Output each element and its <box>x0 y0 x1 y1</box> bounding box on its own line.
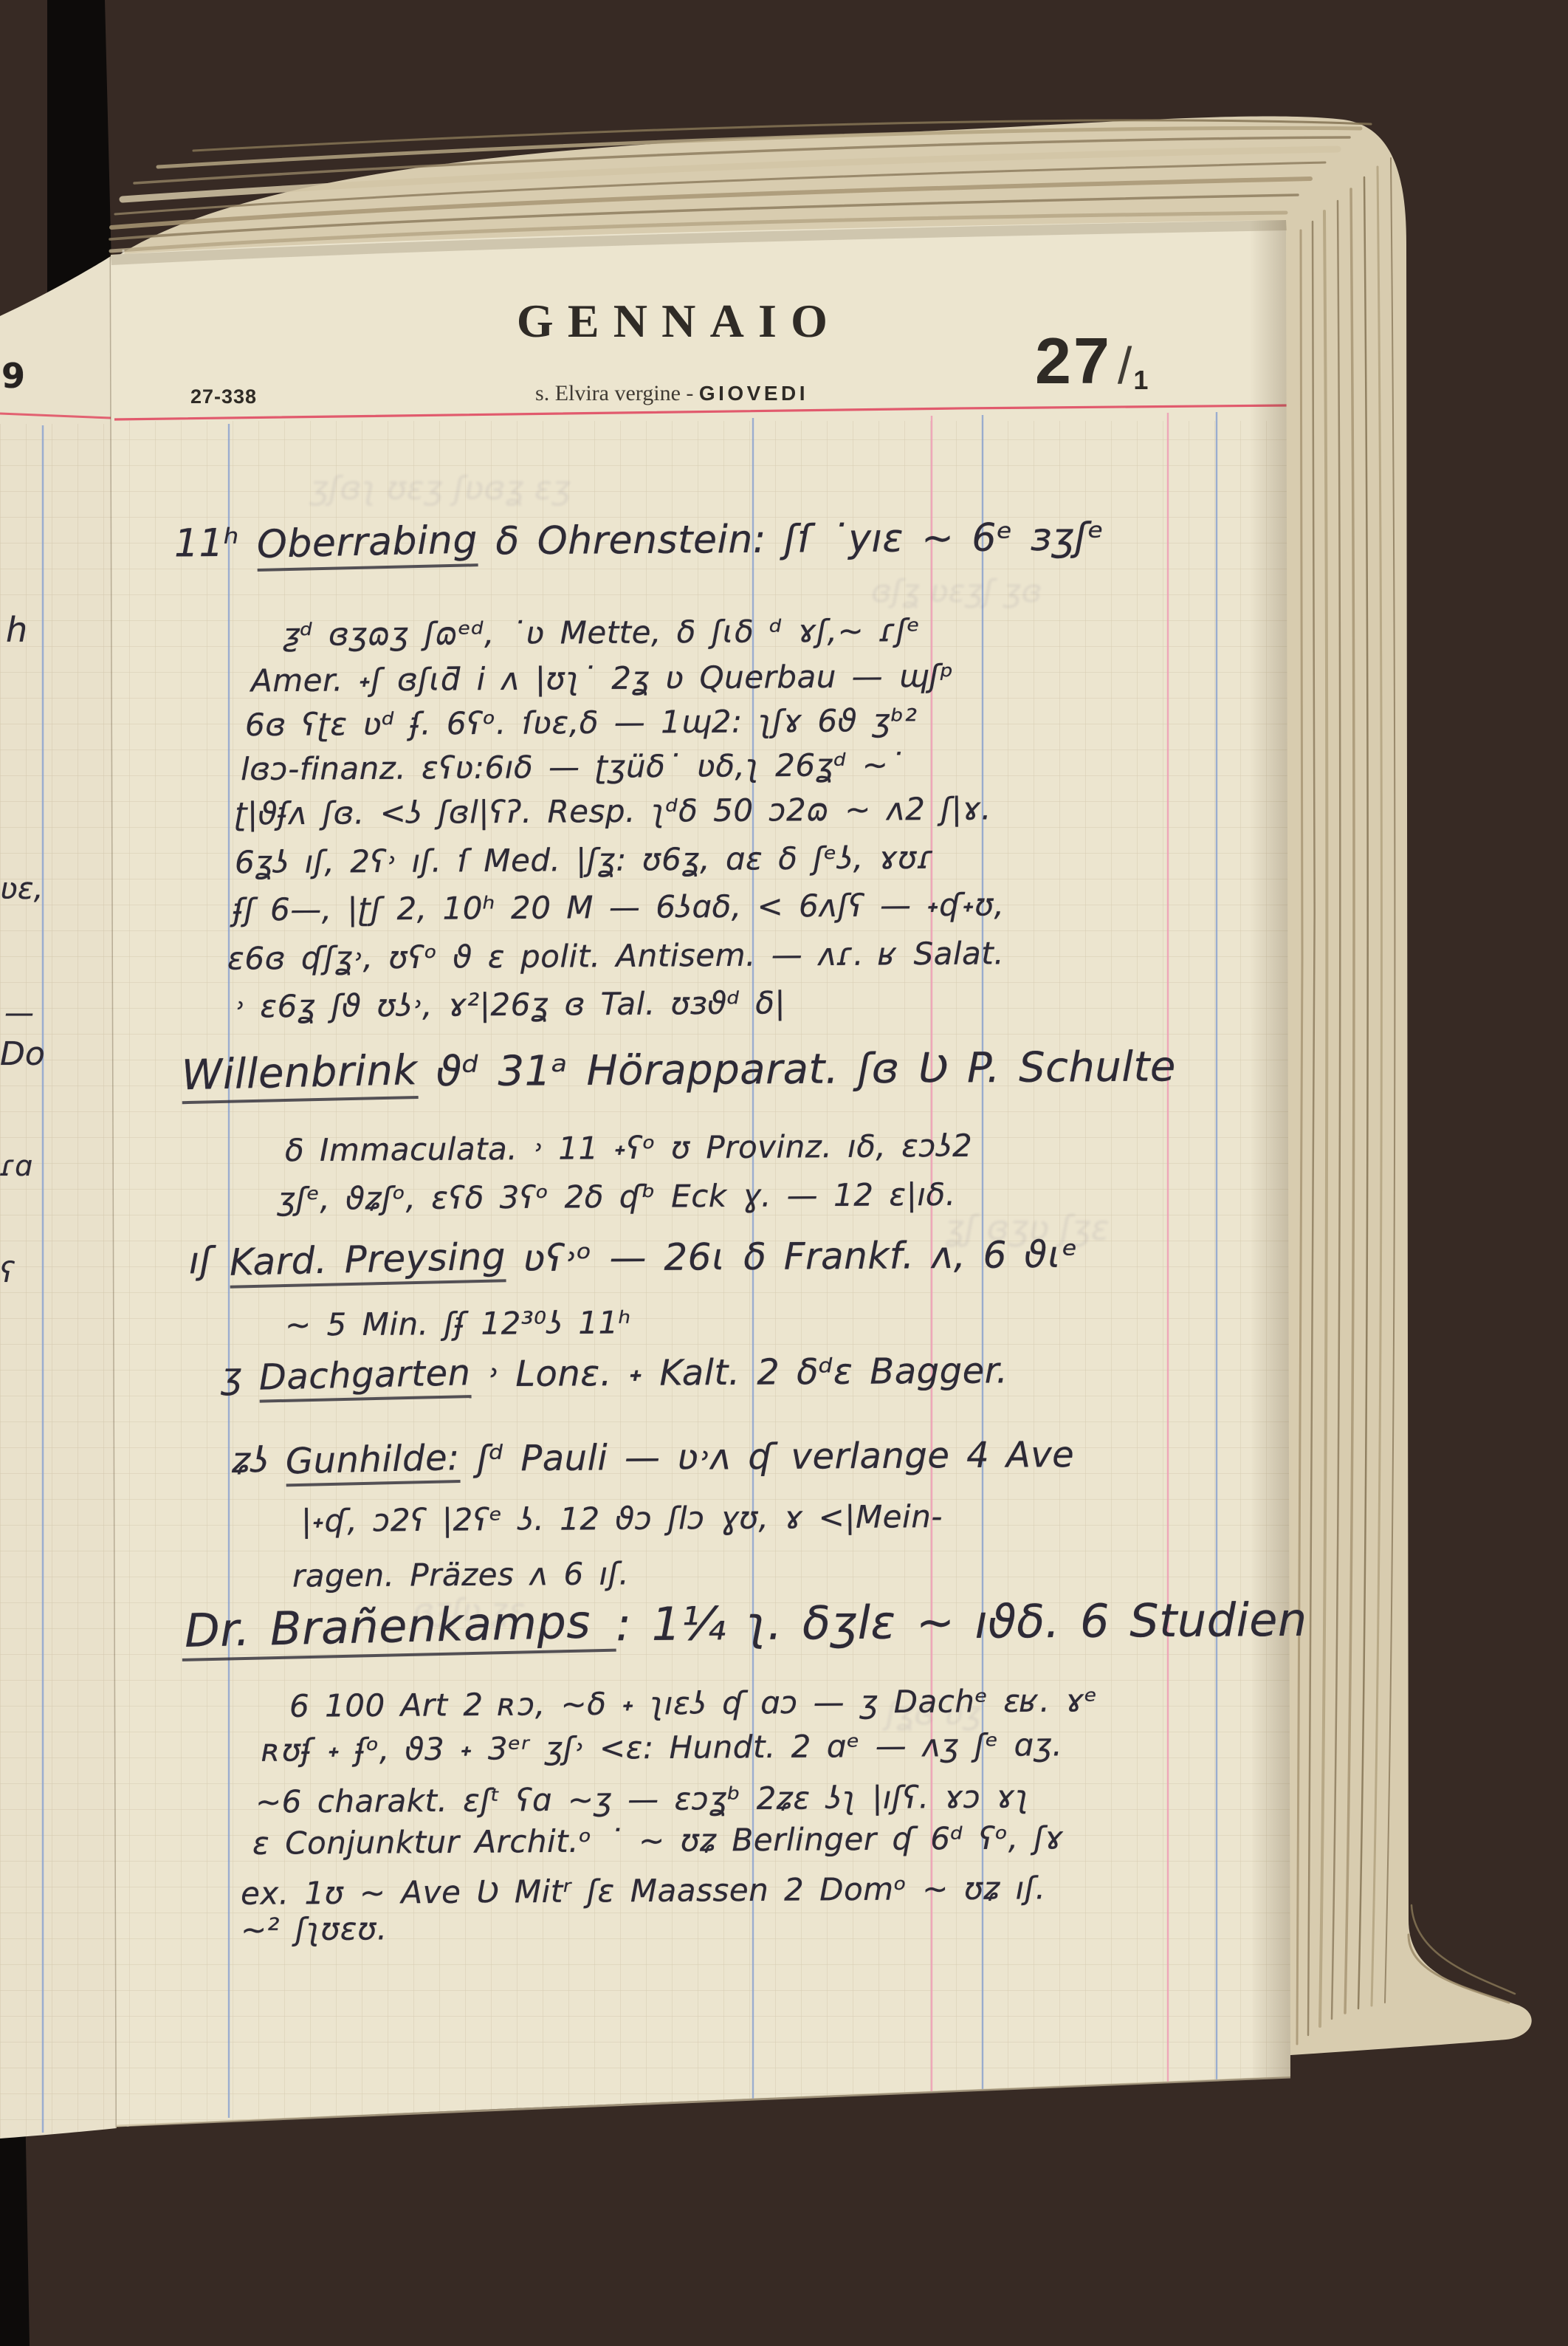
handwriting-line: ƺᵈ ɞʒɷʒ ʃɷᵉᵈ, ˙ʋ Mette, δ ʃɩδ ᵈ ɤʃ,~ ɾʃᵉ <box>283 615 921 651</box>
ink-showthrough-mark: ʒʃɞʅ ʊɛʒ ʃʋɞʓ ɛʒ <box>310 473 571 505</box>
handwriting-line: ~² ʃʅʊɛʊ. <box>241 1913 388 1945</box>
ink-showthrough-mark: ɞʃʓ ʋɛʒʃ ʒɞ <box>871 576 1042 607</box>
left-page-text-fragment: 9 <box>1 359 25 393</box>
entry-note: ˒ Lonɛ. ˖ Kalt. 2 δᵈɛ Bagger. <box>470 1350 1008 1395</box>
handwriting-line: |˖ʠ, ɔ2ʕ |2ʕᵉ ʖ. 12 ϑɔ ʃlɔ ɣʊ, ɤ <|Mein- <box>301 1501 943 1537</box>
handwriting-line: 6ʓʖ ıʃ, 2ʕ˒ ıʃ. ſ Med. |ʃʓ: ʊ6ʓ, ɑɛ δ ʃᵉ… <box>235 843 935 879</box>
handwriting-line: ɛ Conjunktur Archit.ᵒ ˙ ~ ʊʑ Berlinger ʠ… <box>252 1822 1064 1859</box>
handwriting-line: lɞɔ-finanz. ɛʕʋ:6ıδ — ʈʒüδ˙ ʋδ,ʅ 26ʓᵈ ~˙ <box>241 750 904 785</box>
handwriting-line: ʈ|ϑʄʌ ʃɞ. <ʖ ʃɞl|ʕʔ. Resp. ʅᵈδ 50 ɔ2ɷ ~ … <box>235 793 991 829</box>
entry-time-prefix: ıʃ <box>189 1239 230 1282</box>
entry-title: Dachgarten <box>258 1355 471 1402</box>
left-page-text-fragment: — <box>4 998 34 1028</box>
handwriting-line: ɛ6ɞ ʠʃʓ˒, ʊʕᵒ ϑ ɛ polit. Antisem. — ʌɾ. … <box>227 938 1004 974</box>
diary-photo: 27-338 GENNAIO s. Elvira vergine - GIOVE… <box>0 0 1568 2346</box>
handwriting-line: ~ 5 Min. ʃʄ 12³⁰ʖ 11ʰ <box>285 1307 631 1340</box>
entry-title: Kard. Preysing <box>229 1238 506 1288</box>
left-page-text-fragment: Do <box>0 1038 45 1071</box>
entry-note: ϑᵈ 31ᵃ Hörapparat. ʃɞ Ʋ P. Schulte <box>417 1043 1176 1096</box>
left-page-text-fragment: ʋɛ, <box>0 874 43 904</box>
entry-time-prefix: ʑʖ <box>232 1439 286 1481</box>
handwriting-line: ~6 charakt. ɛʃᵗ ʕɑ ~ʒ — ɛɔʓᵇ 2ʑɛ ʖʅ |ıʃʕ… <box>255 1781 1030 1817</box>
entry-title: Oberrabing <box>257 521 478 572</box>
entry-heading-line: Willenbrink ϑᵈ 31ᵃ Hörapparat. ʃɞ Ʋ P. S… <box>182 1046 1176 1102</box>
left-page-text-fragment: h <box>6 613 27 647</box>
weekday-name: GIOVEDI <box>699 382 808 405</box>
entry-heading-line: ʑʖ Gunhilde: ʃᵈ Pauli — ʋ˒ʌ ʠ verlange 4… <box>232 1437 1075 1486</box>
edition-number: 27-338 <box>190 385 257 408</box>
entry-note: ʃᵈ Pauli — ʋ˒ʌ ʠ verlange 4 Ave <box>460 1434 1074 1480</box>
entry-heading-line: 11ʰ Oberrabing δ Ohrenstein: ʃſ ˙yıɛ ~ 6… <box>174 518 1104 571</box>
handwriting-line: 6 100 Art 2 ʀɔ, ~δ ˖ ʅıɛʖ ʠ ɑɔ — ʒ Dachᵉ… <box>289 1685 1098 1722</box>
handwriting-line: ragen. Präzes ʌ 6 ıʃ. <box>292 1558 629 1591</box>
entry-note: ʋʕ˒ᵒ — 26ɩ δ Frankf. ʌ, 6 ϑɩᵉ <box>506 1233 1078 1280</box>
entry-title: Dr. Brañenkamps <box>181 1599 616 1661</box>
entry-time-prefix: ʒ <box>221 1355 259 1396</box>
handwriting-line: ʄʃ 6—, |ʈʃ 2, 10ʰ 20 M — 6ʖɑδ, < 6ʌʃʕ — … <box>233 889 1005 925</box>
handwriting-line: Amer. ˖ʃ ɞʃɩƌ i ʌ |ʊʅ˙ 2ʓ ʋ Querbau — ɰʃ… <box>251 661 954 697</box>
entry-note: δ Ohrenstein: ʃſ ˙yıɛ ~ 6ᵉ ɜʒʃᵉ <box>478 515 1104 564</box>
entry-note: : 1¼ ʅ. δʒlɛ ~ ıϑδ. 6 Studien <box>616 1593 1307 1652</box>
left-page-text-fragment: ʕ <box>0 1258 14 1286</box>
page-date: 27/1 <box>1035 323 1148 399</box>
entry-heading-line: ʒ Dachgarten ˒ Lonɛ. ˖ Kalt. 2 δᵈɛ Bagge… <box>221 1353 1008 1401</box>
entry-title: Gunhilde: <box>286 1440 461 1486</box>
entry-heading-line: Dr. Brañenkamps: 1¼ ʅ. δʒlɛ ~ ıϑδ. 6 Stu… <box>182 1597 1307 1659</box>
separator-dash: - <box>686 381 693 405</box>
left-page-text-fragment: ɾɑ <box>0 1152 32 1180</box>
entry-time-prefix: 11ʰ <box>174 521 258 566</box>
handwriting-line: ʒʃᵉ, ϑʑʃᵒ, ɛʕδ 3ʕᵒ 2δ ʠᵇ Eck ɣ. — 12 ɛ|ı… <box>278 1179 956 1215</box>
handwriting-line: 6ɞ ʕʈɛ ʋᵈ ʄ. 6ʕᵒ. ſʋɛ,δ — 1ɰ2: ʅʃɤ 6ϑ ʒᵇ… <box>245 705 918 741</box>
entry-title: Willenbrink <box>181 1050 418 1104</box>
date-slash: / <box>1118 337 1132 394</box>
entry-heading-line: ıʃ Kard. Preysing ʋʕ˒ᵒ — 26ɩ δ Frankf. ʌ… <box>189 1236 1078 1286</box>
handwriting-line: ʀʊʄ ˖ ʄᵒ, ϑ3 ˖ 3ᵉʳ ʒʃ˒ <ɛ: Hundt. 2 ɑᵉ —… <box>263 1729 1063 1766</box>
month-number: 1 <box>1133 365 1148 395</box>
saint-day-line: s. Elvira vergine - GIOVEDI <box>436 381 908 406</box>
day-number: 27 <box>1035 324 1112 397</box>
page-text-layer: 27-338 GENNAIO s. Elvira vergine - GIOVE… <box>0 0 1568 2346</box>
handwriting-line: δ Immaculata. ˒ 11 ˖ʕᵒ ʊ Provinz. ıδ, ɛɔ… <box>285 1131 973 1167</box>
handwriting-line: ˒ ɛ6ʓ ʃϑ ʊʖ˒, ɤ²|26ʓ ɞ Tal. ʊɜϑᵈ δ| <box>235 987 785 1022</box>
handwriting-line: ex. 1ʊ ~ Ave Ʋ Mitʳ ʃɛ Maassen 2 Domᵒ ~ … <box>241 1873 1046 1910</box>
saint-name: s. Elvira vergine <box>535 381 681 405</box>
month-title: GENNAIO <box>465 294 893 349</box>
